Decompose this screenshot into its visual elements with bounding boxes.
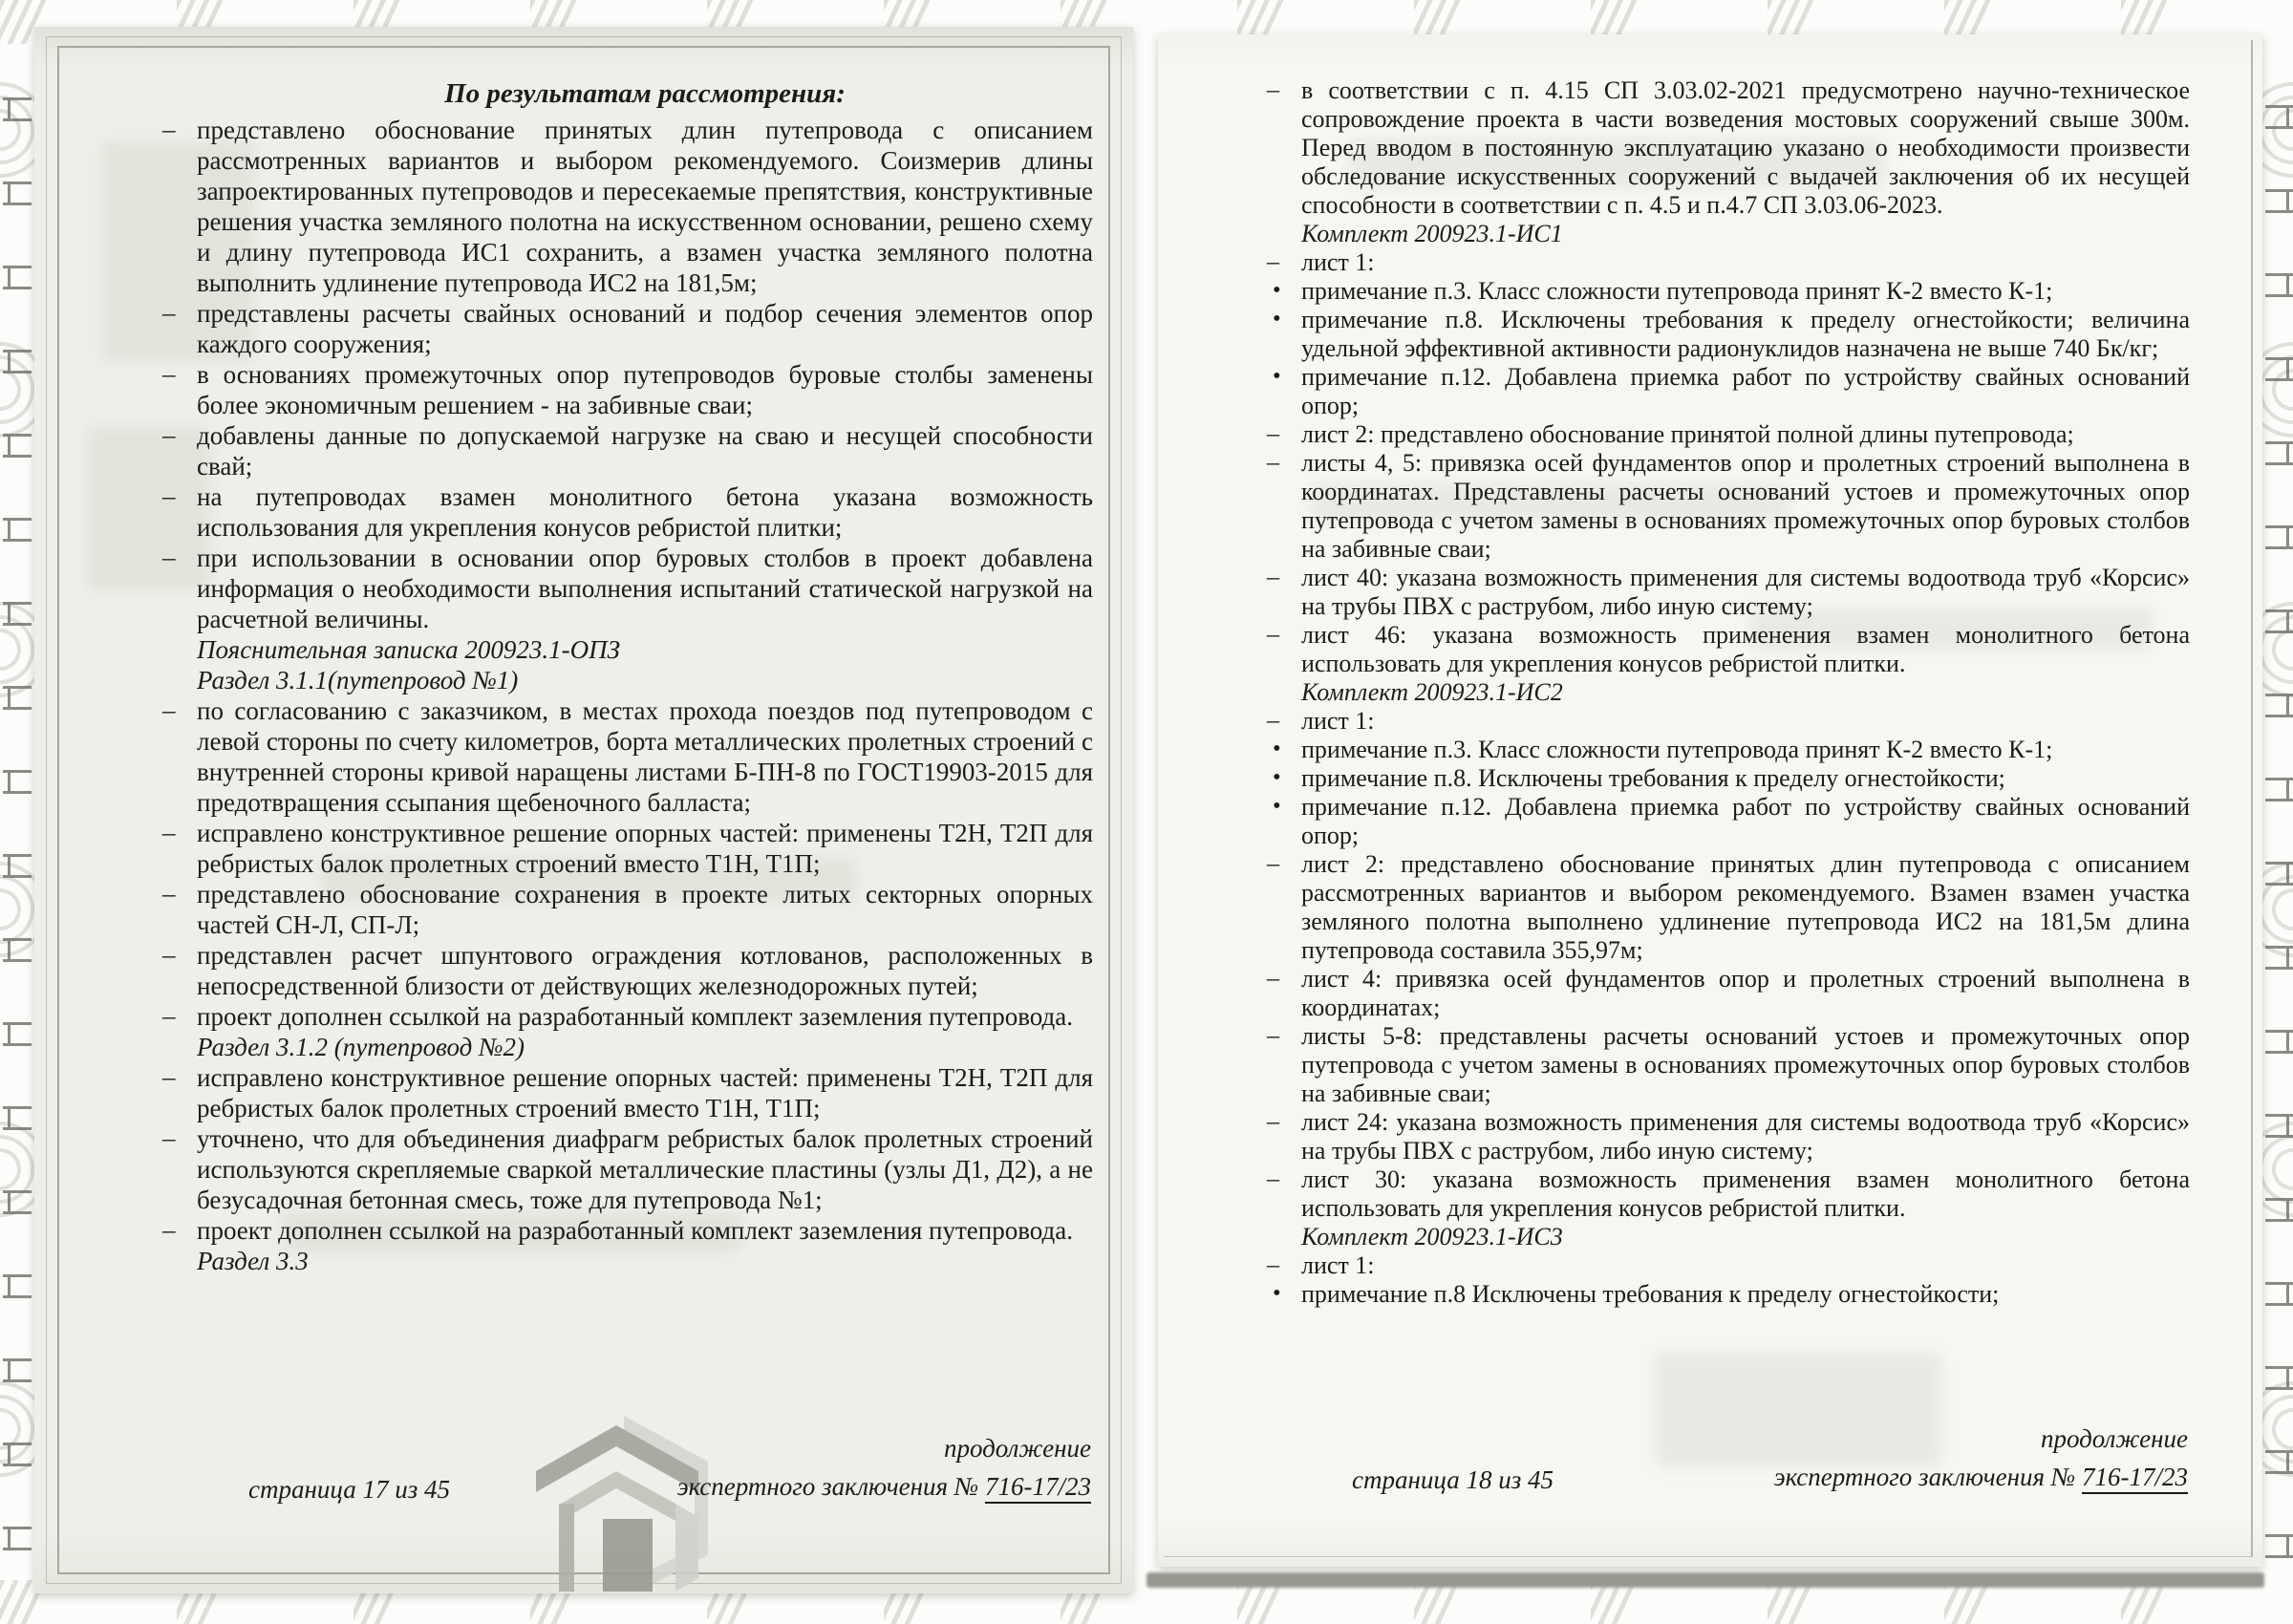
continuation-line1: продолжение — [2041, 1424, 2188, 1453]
dash-marker: – — [1267, 964, 1279, 993]
list-item-text: листы 5-8: представлены расчеты основани… — [1301, 1022, 2190, 1107]
section-label: Комплект 200923.1-ИС3 — [1301, 1223, 2190, 1251]
expert-report-number: 716-17/23 — [2082, 1463, 2188, 1494]
list-item-text: лист 1: — [1301, 707, 1375, 735]
bleed-through-smudge — [87, 428, 211, 590]
section-label: Раздел 3.3 — [197, 1246, 1093, 1276]
bullet-marker: • — [1273, 792, 1281, 821]
dash-marker: – — [1267, 419, 1279, 448]
list-item: –добавлены данные по допускаемой нагрузк… — [197, 420, 1093, 481]
bullet-marker: • — [1273, 1279, 1281, 1308]
list-item-text: примечание п.3. Класс сложности путепров… — [1301, 277, 2052, 305]
continuation-note: продолжение экспертного заключения № 716… — [1653, 1420, 2188, 1496]
list-item-text: лист 40: указана возможность применения … — [1301, 564, 2190, 620]
list-item: –в соответствии с п. 4.15 СП 3.03.02-202… — [1301, 76, 2190, 220]
list-item-text: уточнено, что для объединения диафрагм р… — [197, 1124, 1093, 1214]
dash-marker: – — [162, 817, 176, 847]
list-item-text: по согласованию с заказчиком, в местах п… — [197, 696, 1093, 817]
list-item-text: представлены расчеты свайных оснований и… — [197, 299, 1093, 358]
dash-marker: – — [162, 939, 176, 970]
list-item-text: лист 1: — [1301, 1251, 1375, 1279]
dash-marker: – — [162, 1122, 176, 1153]
section-label: Раздел 3.1.1(путепровод №1) — [197, 665, 1093, 695]
list-item-text: примечание п.8. Исключены требования к п… — [1301, 764, 2005, 792]
dash-marker: – — [162, 1061, 176, 1092]
page-number-label: страница 17 из 45 — [248, 1475, 450, 1505]
section-label: Пояснительная записка 200923.1-ОПЗ — [197, 634, 1093, 665]
list-item: –лист 1: — [1301, 248, 2190, 277]
list-item-text: примечание п.8. Исключены требования к п… — [1301, 306, 2190, 362]
list-item: –представлено обоснование сохранения в п… — [197, 879, 1093, 940]
section-label: Комплект 200923.1-ИС2 — [1301, 678, 2190, 707]
list-item-text: лист 46: указана возможность применения … — [1301, 621, 2190, 677]
list-item: –на путепроводах взамен монолитного бето… — [197, 481, 1093, 543]
page-17-text-column: По результатам рассмотрения: –представле… — [197, 78, 1093, 1276]
bullet-marker: • — [1273, 276, 1281, 305]
dash-marker: – — [162, 878, 176, 908]
continuation-note: продолжение экспертного заключения № 716… — [556, 1429, 1091, 1506]
list-item: •примечание п.8. Исключены требования к … — [1301, 764, 2190, 793]
list-item-text: на путепроводах взамен монолитного бетон… — [197, 482, 1093, 542]
list-item-text: лист 4: привязка осей фундаментов опор и… — [1301, 965, 2190, 1021]
bullet-marker: • — [1273, 763, 1281, 792]
dash-marker: – — [1267, 448, 1279, 477]
list-item: –представлено обоснование принятых длин … — [197, 115, 1093, 298]
scanned-document-spread: { "doc": { "markers": { "dash": "–", "bu… — [0, 0, 2293, 1624]
list-item: –проект дополнен ссылкой на разработанны… — [197, 1215, 1093, 1246]
dash-marker: – — [162, 358, 176, 389]
dash-marker: – — [1267, 75, 1279, 104]
list-item: –при использовании в основании опор буро… — [197, 543, 1093, 634]
list-item: –лист 2: представлено обоснование принят… — [1301, 850, 2190, 965]
list-item: –лист 40: указана возможность применения… — [1301, 564, 2190, 621]
bullet-marker: • — [1273, 305, 1281, 333]
list-item: –проект дополнен ссылкой на разработанны… — [197, 1001, 1093, 1032]
comb-binding-marks-right — [2265, 76, 2293, 1559]
page-edge-shadow — [1146, 1572, 2264, 1588]
list-item: –по согласованию с заказчиком, в местах … — [197, 695, 1093, 818]
list-item: –лист 30: указана возможность применения… — [1301, 1165, 2190, 1223]
list-item: –представлены расчеты свайных оснований … — [197, 298, 1093, 359]
dash-marker: – — [1267, 247, 1279, 276]
list-item-text: лист 24: указана возможность применения … — [1301, 1108, 2190, 1165]
continuation-line2: экспертного заключения № — [677, 1472, 985, 1501]
list-item: •примечание п.3. Класс сложности путепро… — [1301, 736, 2190, 764]
list-item-text: проект дополнен ссылкой на разработанный… — [197, 1216, 1073, 1245]
list-item: –уточнено, что для объединения диафрагм … — [197, 1123, 1093, 1215]
list-item: •примечание п.3. Класс сложности путепро… — [1301, 277, 2190, 306]
continuation-line2: экспертного заключения № — [1774, 1463, 2082, 1491]
list-item-text: лист 30: указана возможность применения … — [1301, 1165, 2190, 1222]
dash-marker: – — [1267, 1021, 1279, 1050]
list-item: –исправлено конструктивное решение опорн… — [197, 1062, 1093, 1123]
list-item: –лист 1: — [1301, 1251, 2190, 1280]
list-item: –лист 1: — [1301, 707, 2190, 736]
list-item: •примечание п.12. Добавлена приемка рабо… — [1301, 793, 2190, 850]
list-item-text: примечание п.12. Добавлена приемка работ… — [1301, 363, 2190, 419]
list-item-text: в соответствии с п. 4.15 СП 3.03.02-2021… — [1301, 76, 2190, 219]
list-item-text: примечание п.12. Добавлена приемка работ… — [1301, 793, 2190, 849]
list-item-text: примечание п.3. Класс сложности путепров… — [1301, 736, 2052, 763]
scanned-page-18: –в соответствии с п. 4.15 СП 3.03.02-202… — [1158, 34, 2262, 1567]
list-item-text: представлен расчет шпунтового ограждения… — [197, 941, 1093, 1000]
list-item-text: представлено обоснование сохранения в пр… — [197, 880, 1093, 939]
dash-marker: – — [162, 114, 176, 144]
comb-binding-marks-left — [3, 69, 32, 1551]
list-item-text: лист 1: — [1301, 248, 1375, 276]
list-item-text: при использовании в основании опор буров… — [197, 544, 1093, 633]
list-item-text: в основаниях промежуточных опор путепров… — [197, 360, 1093, 419]
list-item-text: исправлено конструктивное решение опорны… — [197, 819, 1093, 878]
dash-marker: – — [162, 694, 176, 725]
list-item: –лист 46: указана возможность применения… — [1301, 621, 2190, 678]
list-item-text: лист 2: представлено обоснование приняты… — [1301, 850, 2190, 964]
dash-marker: – — [1267, 1165, 1279, 1193]
dash-marker: – — [162, 542, 176, 572]
list-item: –листы 5-8: представлены расчеты основан… — [1301, 1022, 2190, 1108]
list-item: –в основаниях промежуточных опор путепро… — [197, 359, 1093, 420]
list-item: –лист 2: представлено обоснование принят… — [1301, 420, 2190, 449]
list-item-text: добавлены данные по допускаемой нагрузке… — [197, 421, 1093, 481]
dash-marker: – — [162, 419, 176, 450]
dash-marker: – — [162, 1214, 176, 1245]
dash-marker: – — [1267, 706, 1279, 735]
dash-marker: – — [1267, 849, 1279, 878]
page-18-text-column: –в соответствии с п. 4.15 СП 3.03.02-202… — [1301, 76, 2190, 1309]
list-item-text: листы 4, 5: привязка осей фундаментов оп… — [1301, 449, 2190, 563]
list-item: –исправлено конструктивное решение опорн… — [197, 818, 1093, 879]
scanned-page-17: По результатам рассмотрения: –представле… — [34, 27, 1133, 1593]
page-number-label: страница 18 из 45 — [1352, 1465, 1554, 1495]
dash-marker: – — [1267, 1107, 1279, 1136]
dash-marker: – — [162, 297, 176, 328]
dash-marker: – — [1267, 620, 1279, 649]
list-item-text: представлено обоснование принятых длин п… — [197, 116, 1093, 297]
list-item: •примечание п.12. Добавлена приемка рабо… — [1301, 363, 2190, 420]
results-heading: По результатам рассмотрения: — [197, 78, 1093, 109]
dash-marker: – — [1267, 563, 1279, 591]
expert-report-number: 716-17/23 — [985, 1472, 1091, 1504]
list-item: –представлен расчет шпунтового ограждени… — [197, 940, 1093, 1001]
list-item: –листы 4, 5: привязка осей фундаментов о… — [1301, 449, 2190, 564]
dash-marker: – — [162, 1000, 176, 1031]
list-item-text: исправлено конструктивное решение опорны… — [197, 1063, 1093, 1122]
list-item-text: примечание п.8 Исключены требования к пр… — [1301, 1280, 1999, 1308]
list-item: •примечание п.8 Исключены требования к п… — [1301, 1280, 2190, 1309]
list-item: •примечание п.8. Исключены требования к … — [1301, 306, 2190, 363]
bullet-marker: • — [1273, 735, 1281, 763]
continuation-line1: продолжение — [944, 1434, 1091, 1463]
list-item: –лист 24: указана возможность применения… — [1301, 1108, 2190, 1165]
section-label: Раздел 3.1.2 (путепровод №2) — [197, 1032, 1093, 1062]
dash-marker: – — [162, 481, 176, 511]
section-label: Комплект 200923.1-ИС1 — [1301, 220, 2190, 248]
list-item-text: лист 2: представлено обоснование принято… — [1301, 420, 2074, 448]
bullet-marker: • — [1273, 362, 1281, 391]
list-item-text: проект дополнен ссылкой на разработанный… — [197, 1002, 1073, 1031]
list-item: –лист 4: привязка осей фундаментов опор … — [1301, 965, 2190, 1022]
dash-marker: – — [1267, 1250, 1279, 1279]
